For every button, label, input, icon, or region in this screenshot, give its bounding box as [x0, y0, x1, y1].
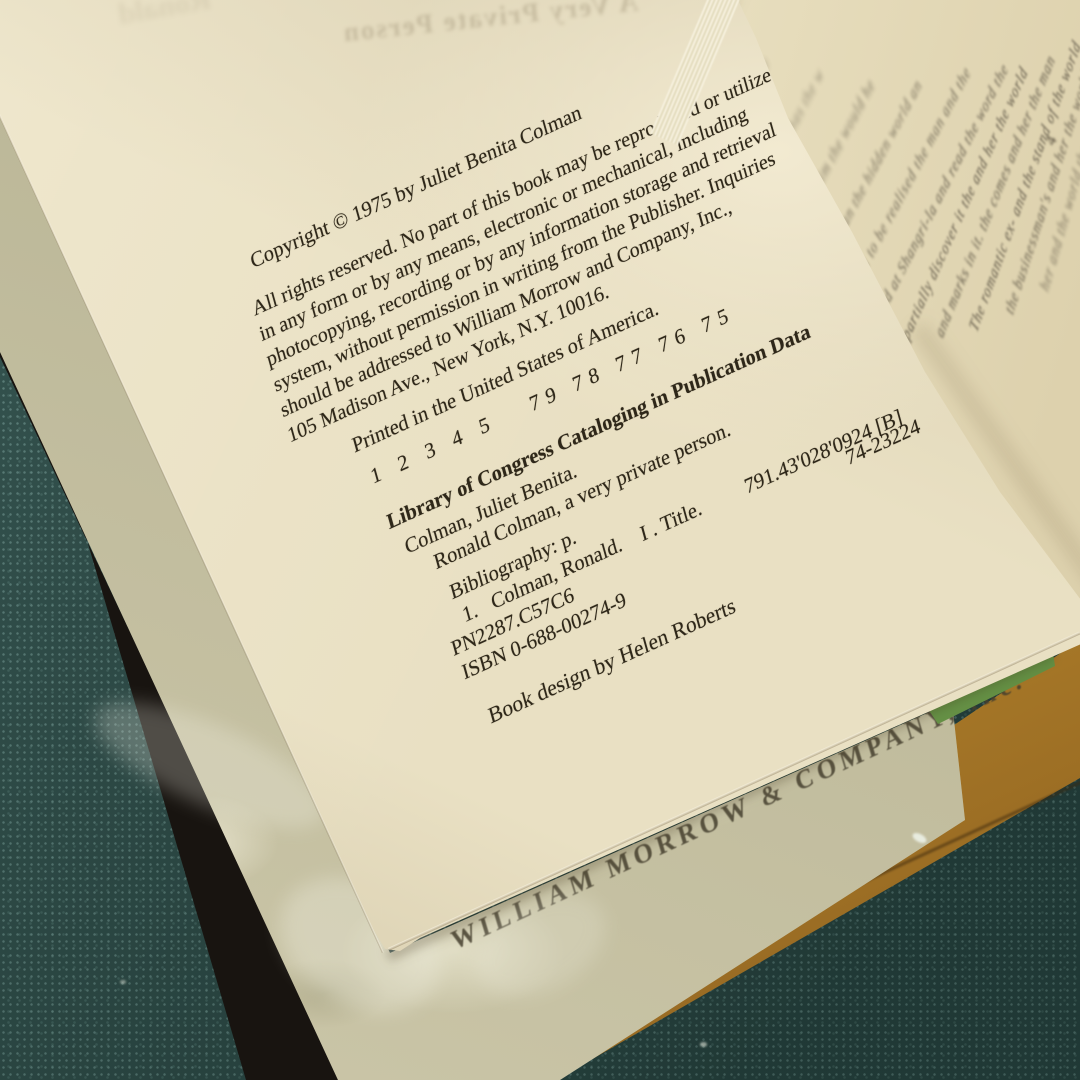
photo-of-book-copyright-page: { "colors": { "fabric_teal": "#2f4e4a", … [0, 0, 1080, 1080]
lint-speck [700, 1042, 707, 1047]
lint-speck [120, 980, 126, 984]
